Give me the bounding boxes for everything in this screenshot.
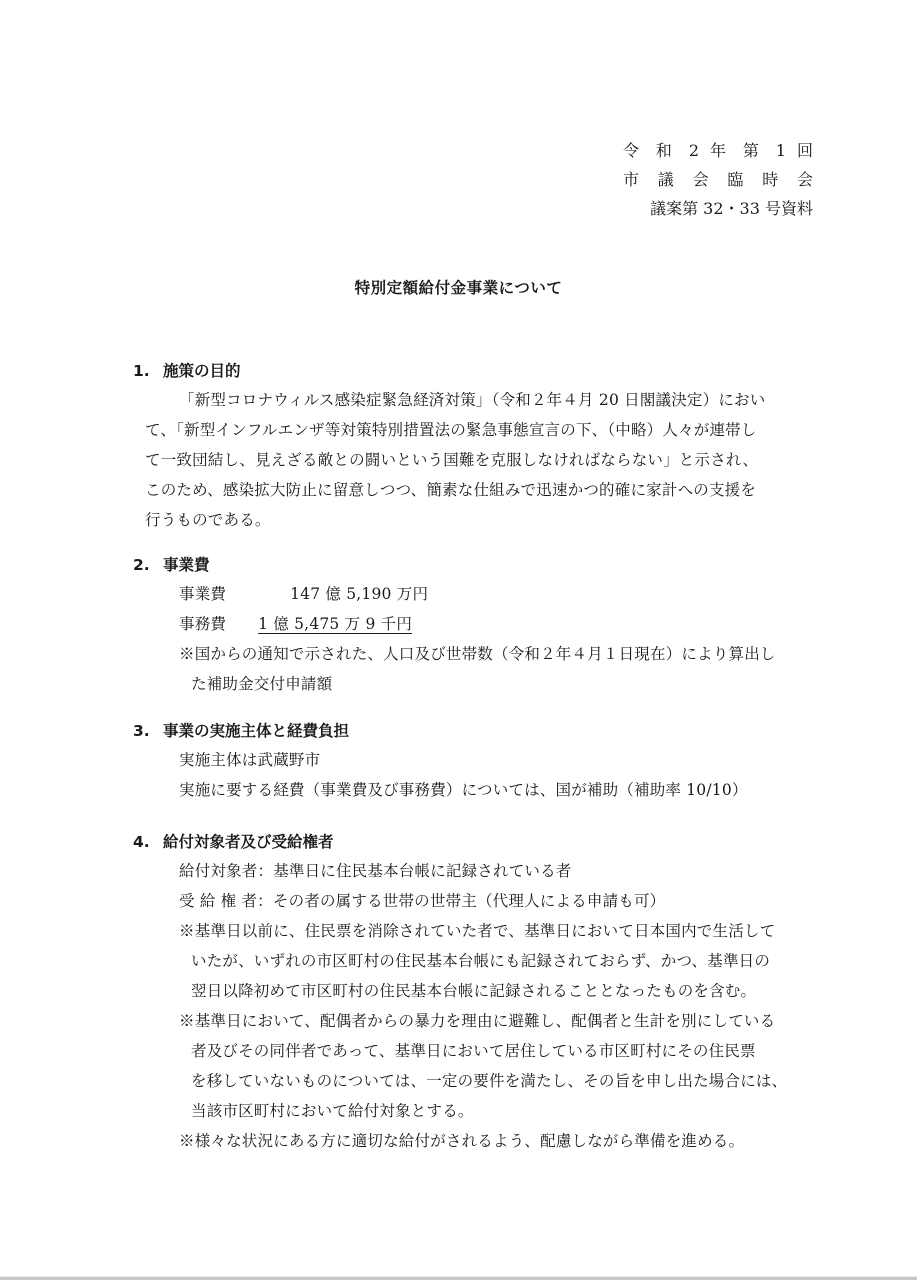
cost-value: 147 億 5,190 万円 xyxy=(290,585,428,603)
section-number: 2. xyxy=(133,551,163,579)
section-heading: 4.給付対象者及び受給権者 xyxy=(133,828,813,856)
paragraph-line: 「新型コロナウィルス感染症緊急経済対策」（令和２年４月 20 日閣議決定）におい xyxy=(133,385,813,415)
document-page: 令 和 2 年 第 1 回 市 議 会 臨 時 会 議案第 32・33 号資料 … xyxy=(0,0,917,1280)
note-line: 者及びその同伴者であって、基準日において居住している市区町村にその住民票 xyxy=(133,1036,813,1066)
cost-value-underlined: 1 億 5,475 万 9 千円 xyxy=(258,615,412,633)
paragraph-line: 実施に要する経費（事業費及び事務費）については、国が補助（補助率 10/10） xyxy=(133,775,813,805)
paragraph-line: 実施主体は武蔵野市 xyxy=(133,745,813,775)
section-implementing-body: 3.事業の実施主体と経費負担 実施主体は武蔵野市 実施に要する経費（事業費及び事… xyxy=(133,717,813,805)
section-heading: 3.事業の実施主体と経費負担 xyxy=(133,717,813,745)
recipient-line: 受 給 権 者：その者の属する世帯の世帯主（代理人による申請も可） xyxy=(133,886,813,916)
section-title: 事業の実施主体と経費負担 xyxy=(163,722,349,740)
cost-row-admin: 事務費1 億 5,475 万 9 千円 xyxy=(133,609,813,639)
note-line: 翌日以降初めて市区町村の住民基本台帳に記録されることとなったものを含む。 xyxy=(133,976,813,1006)
eligible-persons-line: 給付対象者：基準日に住民基本台帳に記録されている者 xyxy=(133,856,813,886)
paragraph-line: 行うものである。 xyxy=(133,505,813,535)
section-project-cost: 2.事業費 事業費147 億 5,190 万円 事務費1 億 5,475 万 9… xyxy=(133,551,813,699)
paragraph-line: このため、感染拡大防止に留意しつつ、簡素な仕組みで迅速かつ的確に家計への支援を xyxy=(133,475,813,505)
section-title: 事業費 xyxy=(163,556,210,574)
note-line: ※国からの通知で示された、人口及び世帯数（令和２年４月１日現在）により算出し xyxy=(133,639,813,669)
section-number: 1. xyxy=(133,357,163,385)
paragraph-line: て一致団結し、見えざる敵との闘いという国難を克服しなければならない」と示され、 xyxy=(133,445,813,475)
note-line: ※様々な状況にある方に適切な給付がされるよう、配慮しながら準備を進める。 xyxy=(133,1126,813,1156)
section-title: 施策の目的 xyxy=(163,362,241,380)
council-line: 市 議 会 臨 時 会 xyxy=(623,165,813,194)
note-line: ※基準日以前に、住民票を消除されていた者で、基準日において日本国内で生活して xyxy=(133,916,813,946)
cost-label: 事務費 xyxy=(179,615,226,633)
note-line: 当該市区町村において給付対象とする。 xyxy=(133,1096,813,1126)
document-header-block: 令 和 2 年 第 1 回 市 議 会 臨 時 会 議案第 32・33 号資料 xyxy=(623,136,813,223)
bill-reference-line: 議案第 32・33 号資料 xyxy=(623,194,813,223)
note-line: た補助金交付申請額 xyxy=(133,669,813,699)
document-title: 特別定額給付金事業について xyxy=(0,276,917,298)
cost-label: 事業費 xyxy=(179,585,226,603)
note-line: いたが、いずれの市区町村の住民基本台帳にも記録されておらず、かつ、基準日の xyxy=(133,946,813,976)
section-number: 4. xyxy=(133,828,163,856)
note-line: ※基準日において、配偶者からの暴力を理由に避難し、配偶者と生計を別にしている xyxy=(133,1006,813,1036)
cost-row-project: 事業費147 億 5,190 万円 xyxy=(133,579,813,609)
section-eligibility: 4.給付対象者及び受給権者 給付対象者：基準日に住民基本台帳に記録されている者 … xyxy=(133,828,813,1156)
session-line: 令 和 2 年 第 1 回 xyxy=(623,136,813,165)
section-heading: 2.事業費 xyxy=(133,551,813,579)
paragraph-line: て、「新型インフルエンザ等対策特別措置法の緊急事態宣言の下、（中略）人々が連帯し xyxy=(133,415,813,445)
section-title: 給付対象者及び受給権者 xyxy=(163,833,334,851)
page-bottom-edge xyxy=(0,1276,917,1280)
section-heading: 1.施策の目的 xyxy=(133,357,813,385)
section-number: 3. xyxy=(133,717,163,745)
section-purpose: 1.施策の目的 「新型コロナウィルス感染症緊急経済対策」（令和２年４月 20 日… xyxy=(133,357,813,535)
note-line: を移していないものについては、一定の要件を満たし、その旨を申し出た場合には、 xyxy=(133,1066,813,1096)
